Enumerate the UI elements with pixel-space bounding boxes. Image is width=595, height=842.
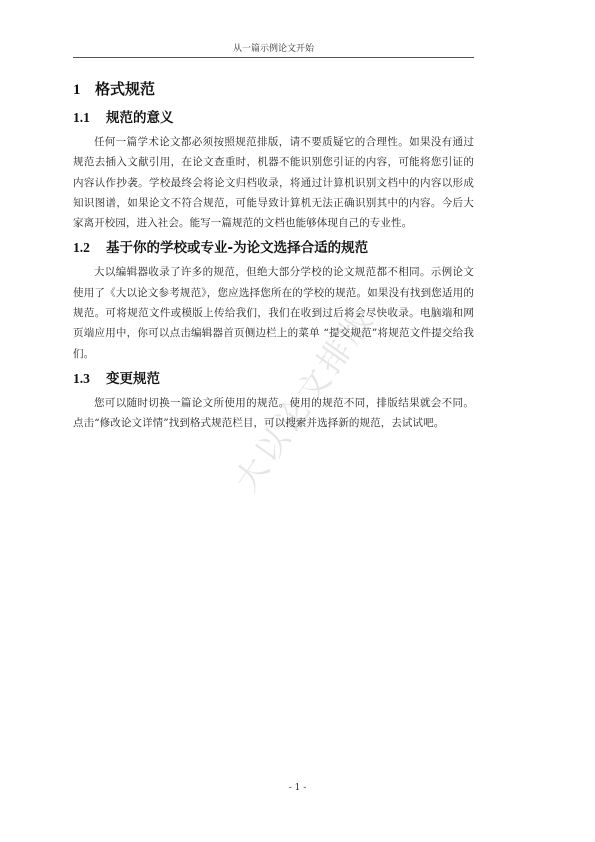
- section-title: 基于你的学校或专业-为论文选择合适的规范: [106, 240, 368, 256]
- chapter-heading: 1格式规范: [73, 78, 474, 100]
- section-paragraph-1-2: 大以编辑器收录了许多的规范，但绝大部分学校的论文规范都不相同。示例论文使用了《大…: [73, 262, 474, 363]
- section-paragraph-1-1: 任何一篇学术论文都必须按照规范排版，请不要质疑它的合理性。如果没有通过规范去插入…: [73, 132, 474, 233]
- section-heading-1-2: 1.2基于你的学校或专业-为论文选择合适的规范: [73, 236, 474, 260]
- chapter-title: 格式规范: [95, 80, 155, 98]
- section-title: 规范的意义: [106, 110, 174, 126]
- page-number: - 1 -: [0, 783, 595, 793]
- section-number: 1.2: [73, 236, 106, 260]
- section-number: 1.1: [73, 106, 106, 130]
- section-title: 变更规范: [106, 371, 160, 387]
- chapter-number: 1: [73, 79, 95, 101]
- section-heading-1-3: 1.3变更规范: [73, 367, 474, 391]
- section-heading-1-1: 1.1规范的意义: [73, 106, 474, 130]
- page-header: 从一篇示例论文开始: [73, 41, 474, 58]
- document-body: 1格式规范 1.1规范的意义 任何一篇学术论文都必须按照规范排版，请不要质疑它的…: [73, 78, 474, 434]
- section-number: 1.3: [73, 367, 106, 391]
- section-paragraph-1-3: 您可以随时切换一篇论文所使用的规范。使用的规范不同，排版结果就会不同。点击“修改…: [73, 393, 474, 434]
